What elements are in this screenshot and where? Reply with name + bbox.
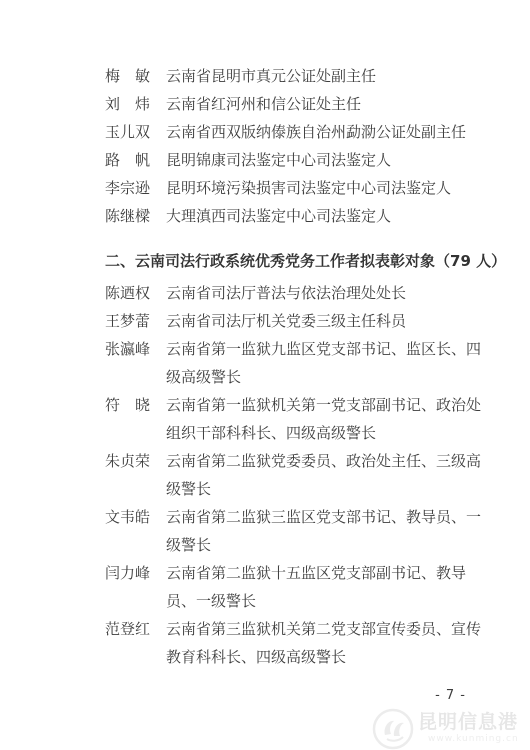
honoree-row: 玉儿双 云南省西双版纳傣族自治州勐泐公证处副主任 — [105, 118, 485, 146]
watermark-text: 昆明信息港 www.kunming.cn — [418, 708, 519, 744]
honoree-title: 昆明锦康司法鉴定中心司法鉴定人 — [166, 146, 485, 174]
honoree-row: 李宗逊 昆明环境污染损害司法鉴定中心司法鉴定人 — [105, 174, 485, 202]
honoree-title: 云南省第三监狱机关第二党支部宣传委员、宣传教育科科长、四级高级警长 — [166, 615, 485, 671]
honoree-name: 玉儿双 — [105, 118, 153, 146]
honoree-row: 王梦蕾 云南省司法厅机关党委三级主任科员 — [105, 307, 485, 335]
honoree-name: 闫力峰 — [105, 559, 153, 587]
honoree-title: 云南省第二监狱党委委员、政治处主任、三级高级警长 — [166, 447, 485, 503]
honoree-title: 云南省第一监狱机关第一党支部副书记、政治处组织干部科科长、四级高级警长 — [166, 391, 485, 447]
watermark-url: www.kunming.cn — [428, 734, 519, 744]
honoree-title: 云南省第一监狱九监区党支部书记、监区长、四级高级警长 — [166, 335, 485, 391]
honoree-name: 刘 炜 — [105, 90, 153, 118]
honoree-name: 朱贞荣 — [105, 447, 153, 475]
section-2-entries: 陈迺权 云南省司法厅普法与依法治理处处长 王梦蕾 云南省司法厅机关党委三级主任科… — [105, 279, 485, 671]
honoree-title: 大理滇西司法鉴定中心司法鉴定人 — [166, 202, 485, 230]
honoree-name: 王梦蕾 — [105, 307, 153, 335]
honoree-title: 云南省第二监狱三监区党支部书记、教导员、一级警长 — [166, 503, 485, 559]
watermark-title: 昆明信息港 — [418, 711, 519, 733]
honoree-row: 刘 炜 云南省红河州和信公证处主任 — [105, 90, 485, 118]
honoree-row: 陈迺权 云南省司法厅普法与依法治理处处长 — [105, 279, 485, 307]
honoree-row: 闫力峰 云南省第二监狱十五监区党支部副书记、教导员、一级警长 — [105, 559, 485, 615]
honoree-row: 范登红 云南省第三监狱机关第二党支部宣传委员、宣传教育科科长、四级高级警长 — [105, 615, 485, 671]
honoree-name: 李宗逊 — [105, 174, 153, 202]
honoree-title: 云南省司法厅普法与依法治理处处长 — [166, 279, 485, 307]
document-content: 梅 敏 云南省昆明市真元公证处副主任 刘 炜 云南省红河州和信公证处主任 玉儿双… — [105, 62, 485, 671]
honoree-title: 云南省司法厅机关党委三级主任科员 — [166, 307, 485, 335]
honoree-row: 张瀛峰 云南省第一监狱九监区党支部书记、监区长、四级高级警长 — [105, 335, 485, 391]
honoree-name: 符 晓 — [105, 391, 153, 419]
honoree-title: 云南省昆明市真元公证处副主任 — [166, 62, 485, 90]
section-1-entries: 梅 敏 云南省昆明市真元公证处副主任 刘 炜 云南省红河州和信公证处主任 玉儿双… — [105, 62, 485, 230]
honoree-name: 梅 敏 — [105, 62, 153, 90]
section-2-heading: 二、云南司法行政系统优秀党务工作者拟表彰对象（79 人） — [105, 247, 485, 275]
honoree-name: 张瀛峰 — [105, 335, 153, 363]
page-number: - 7 - — [435, 688, 466, 703]
honoree-row: 陈继樑 大理滇西司法鉴定中心司法鉴定人 — [105, 202, 485, 230]
honoree-name: 陈迺权 — [105, 279, 153, 307]
honoree-name: 范登红 — [105, 615, 153, 643]
honoree-name: 文韦皓 — [105, 503, 153, 531]
kunming-logo-icon — [372, 708, 414, 750]
honoree-row: 符 晓 云南省第一监狱机关第一党支部副书记、政治处组织干部科科长、四级高级警长 — [105, 391, 485, 447]
honoree-title: 昆明环境污染损害司法鉴定中心司法鉴定人 — [166, 174, 485, 202]
honoree-row: 梅 敏 云南省昆明市真元公证处副主任 — [105, 62, 485, 90]
honoree-name: 路 帆 — [105, 146, 153, 174]
honoree-title: 云南省第二监狱十五监区党支部副书记、教导员、一级警长 — [166, 559, 485, 615]
document-page: 梅 敏 云南省昆明市真元公证处副主任 刘 炜 云南省红河州和信公证处主任 玉儿双… — [0, 0, 530, 750]
honoree-row: 文韦皓 云南省第二监狱三监区党支部书记、教导员、一级警长 — [105, 503, 485, 559]
honoree-row: 路 帆 昆明锦康司法鉴定中心司法鉴定人 — [105, 146, 485, 174]
honoree-row: 朱贞荣 云南省第二监狱党委委员、政治处主任、三级高级警长 — [105, 447, 485, 503]
honoree-title: 云南省红河州和信公证处主任 — [166, 90, 485, 118]
honoree-name: 陈继樑 — [105, 202, 153, 230]
watermark: 昆明信息港 www.kunming.cn — [372, 708, 519, 750]
honoree-title: 云南省西双版纳傣族自治州勐泐公证处副主任 — [166, 118, 485, 146]
